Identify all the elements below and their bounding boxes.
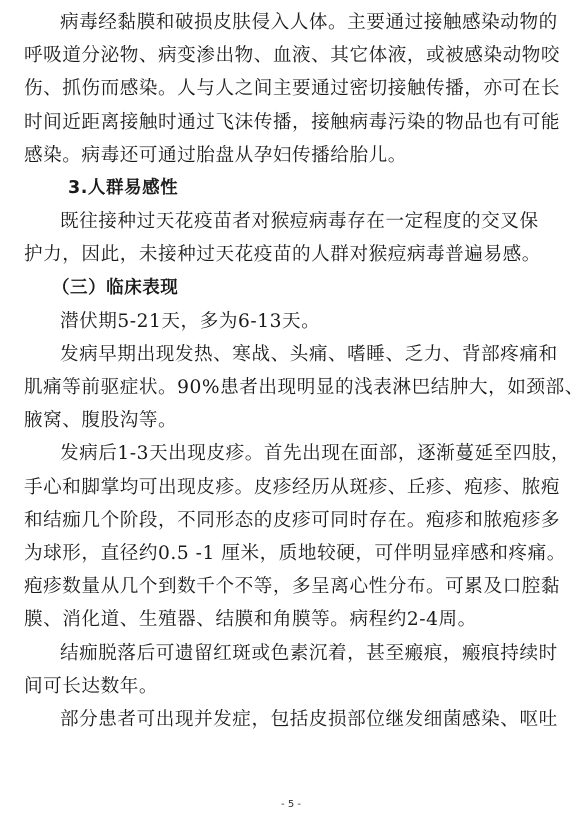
paragraph-prodrome-line: 肌痛等前驱症状。90%患者出现明显的浅表淋巴结肿大，如颈部、 [24, 371, 560, 404]
paragraph-transmission-line: 呼吸道分泌物、病变渗出物、血液、其它体液，或被感染动物咬 [24, 39, 560, 72]
paragraph-rash-line: 和结痂几个阶段，不同形态的皮疹可同时存在。疱疹和脓疱疹多 [24, 504, 560, 537]
paragraph-susceptibility-line: 既往接种过天花疫苗者对猴痘病毒存在一定程度的交叉保 [24, 205, 560, 238]
paragraph-rash-line: 手心和脚掌均可出现皮疹。皮疹经历从斑疹、丘疹、疱疹、脓疱 [24, 471, 560, 504]
paragraph-scarring-line: 间可长达数年。 [24, 670, 560, 703]
paragraph-complications-line: 部分患者可出现并发症，包括皮损部位继发细菌感染、呕吐 [24, 703, 560, 736]
paragraph-susceptibility-line: 护力，因此，未接种过天花疫苗的人群对猴痘病毒普遍易感。 [24, 238, 560, 271]
paragraph-rash-line: 膜、消化道、生殖器、结膜和角膜等。病程约2-4周。 [24, 603, 560, 636]
paragraph-transmission-line: 伤、抓伤而感染。人与人之间主要通过密切接触传播，亦可在长 [24, 72, 560, 105]
document-page: 病毒经黏膜和破损皮肤侵入人体。主要通过接触感染动物的 呼吸道分泌物、病变渗出物、… [24, 6, 560, 736]
subheading-susceptibility: 3.人群易感性 [24, 172, 560, 205]
paragraph-rash-line: 发病后1-3天出现皮疹。首先出现在面部，逐渐蔓延至四肢， [24, 437, 560, 470]
paragraph-transmission-line: 感染。病毒还可通过胎盘从孕妇传播给胎儿。 [24, 139, 560, 172]
paragraph-prodrome-line: 腋窝、腹股沟等。 [24, 404, 560, 437]
paragraph-rash-line: 疱疹数量从几个到数千个不等，多呈离心性分布。可累及口腔黏 [24, 570, 560, 603]
page-number: - 5 - [0, 799, 582, 810]
paragraph-incubation: 潜伏期5-21天，多为6-13天。 [24, 305, 560, 338]
paragraph-transmission-line: 病毒经黏膜和破损皮肤侵入人体。主要通过接触感染动物的 [24, 6, 560, 39]
section-heading-clinical: （三）临床表现 [24, 272, 560, 305]
paragraph-prodrome-line: 发病早期出现发热、寒战、头痛、嗜睡、乏力、背部疼痛和 [24, 338, 560, 371]
paragraph-transmission-line: 时间近距离接触时通过飞沫传播，接触病毒污染的物品也有可能 [24, 106, 560, 139]
paragraph-rash-line: 为球形，直径约0.5 -1 厘米，质地较硬，可伴明显痒感和疼痛。 [24, 537, 560, 570]
paragraph-scarring-line: 结痂脱落后可遗留红斑或色素沉着，甚至瘢痕，瘢痕持续时 [24, 637, 560, 670]
